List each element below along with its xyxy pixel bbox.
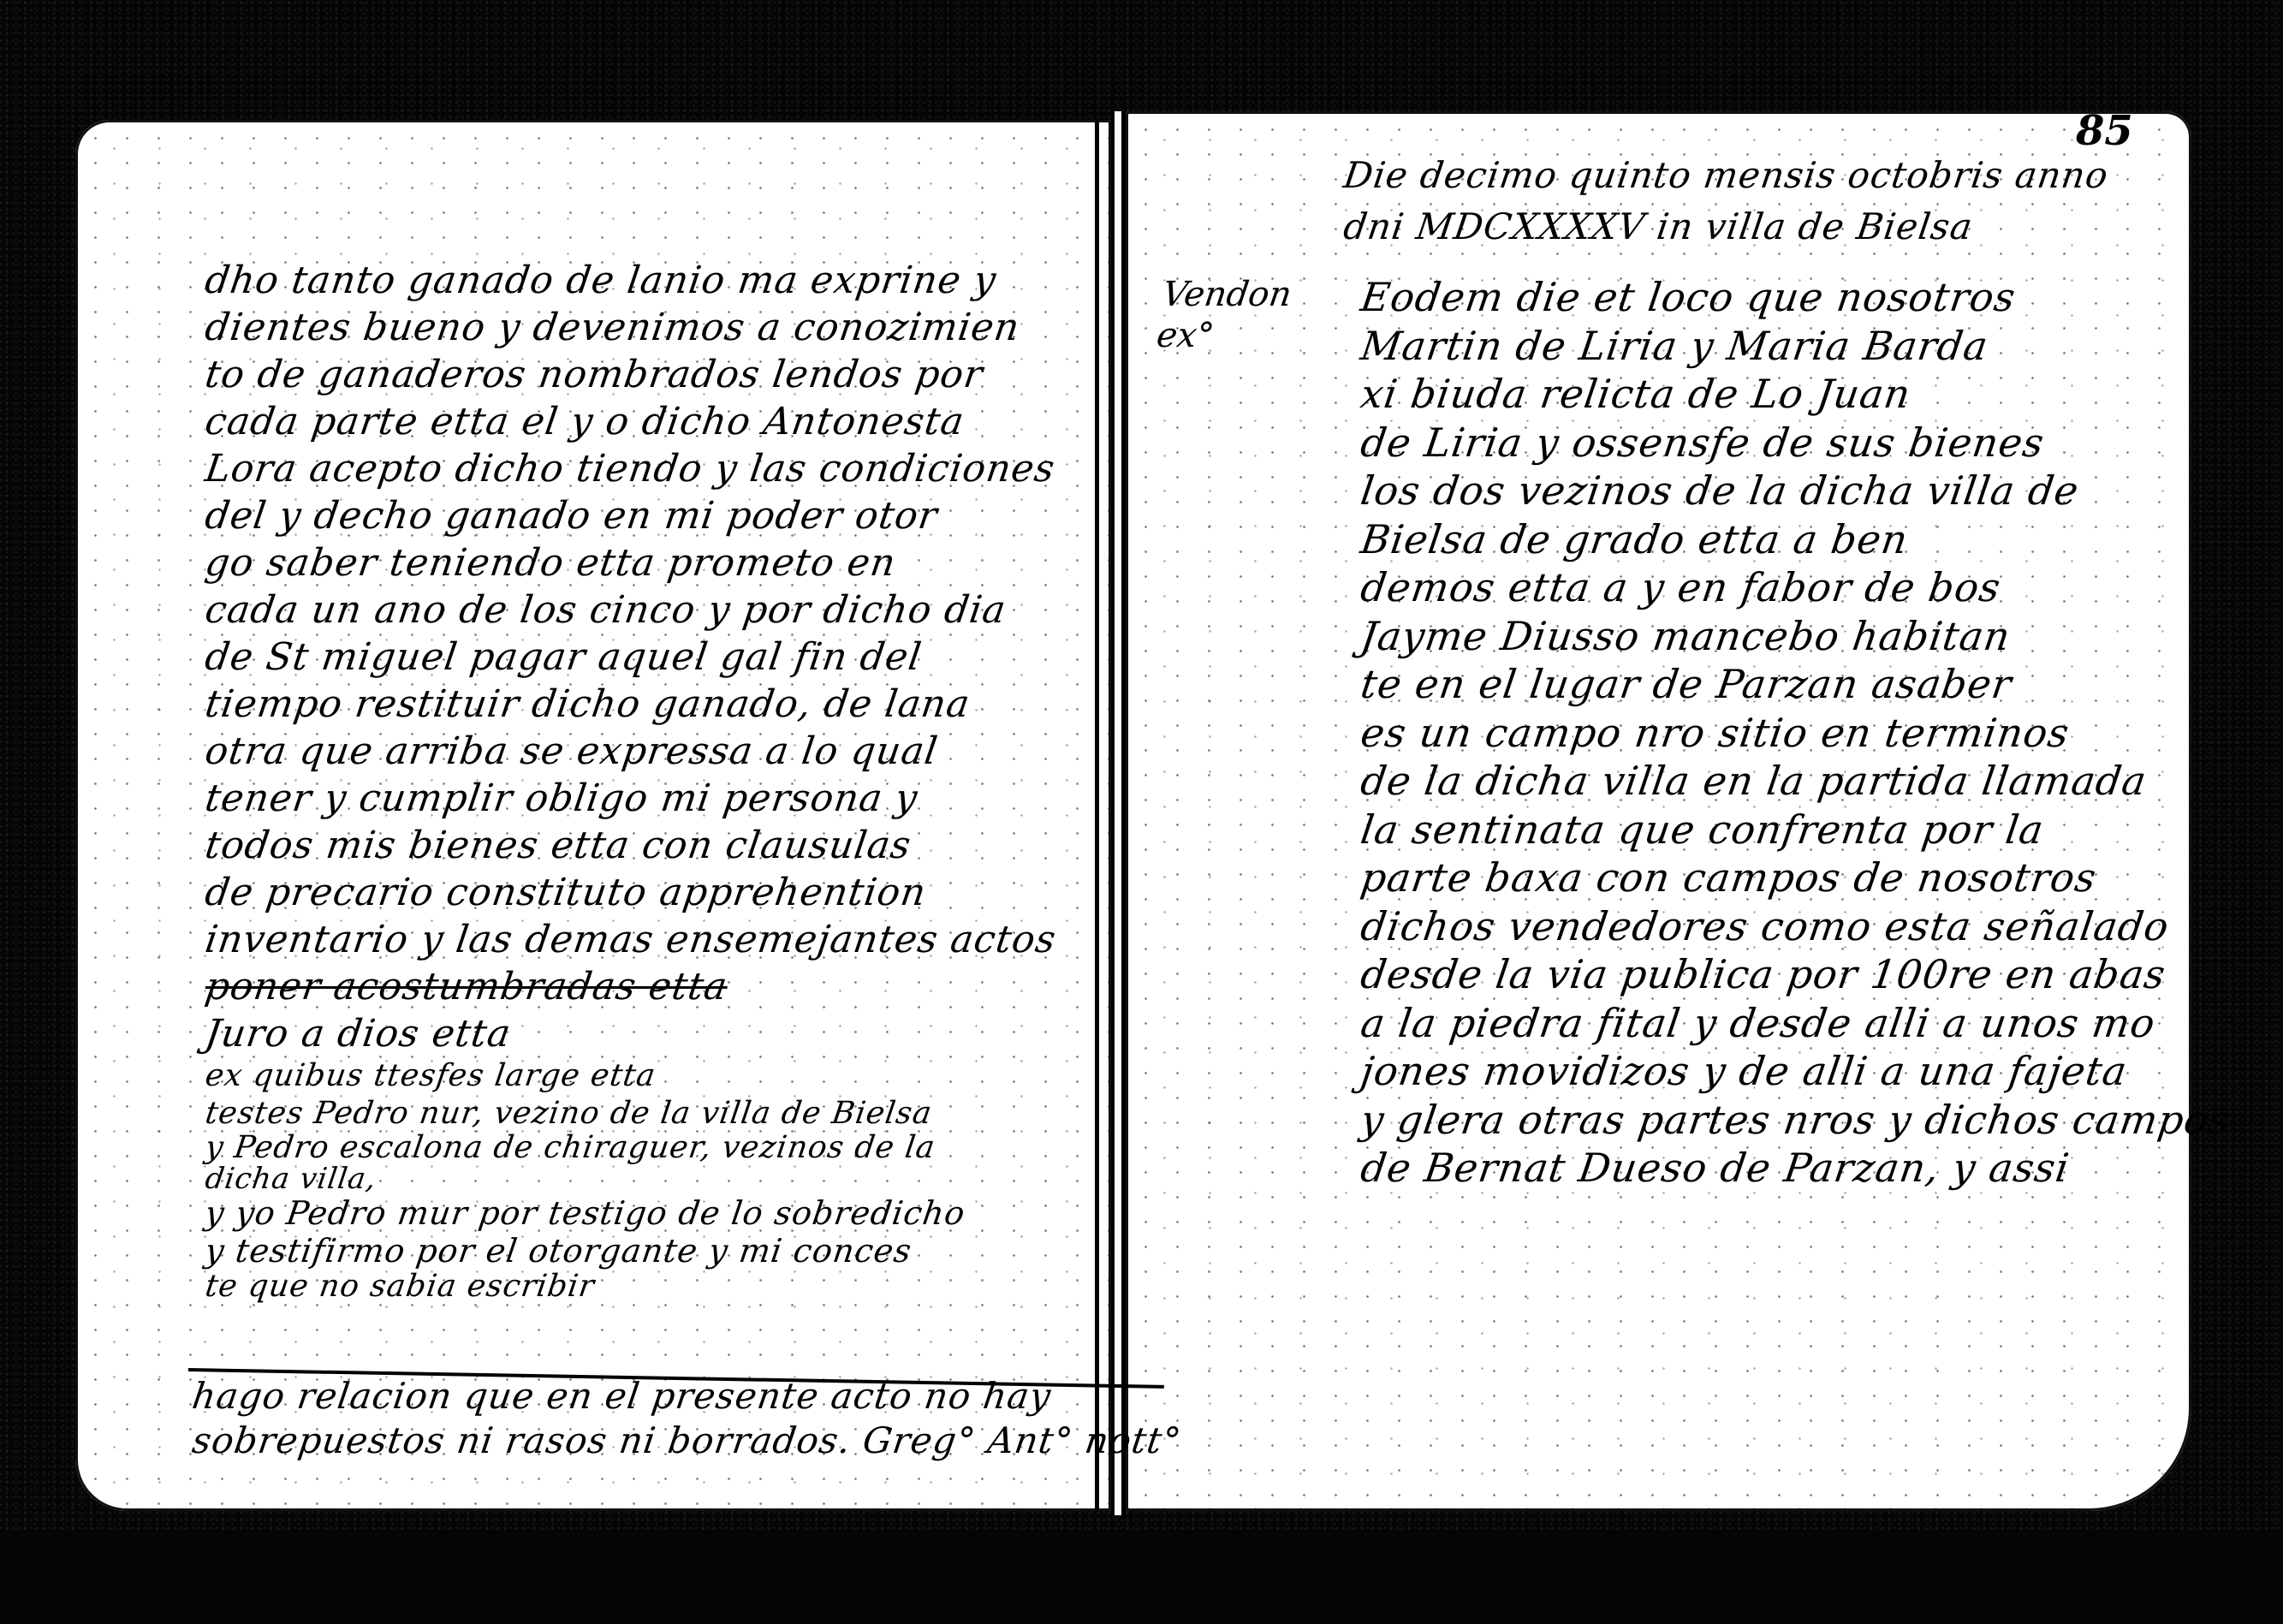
left-page-body: dho tanto ganado de lanio ma exprine y d…: [205, 257, 1055, 1304]
manuscript-line: de St miguel pagar aquel gal fin del: [202, 634, 1059, 681]
scan-bottom-edge: [0, 1530, 2283, 1624]
manuscript-line: dientes bueno y devenimos a conozimien: [202, 304, 1059, 351]
manuscript-line: Juro a dios etta: [202, 1010, 1059, 1057]
manuscript-line: xi biuda relicta de Lo Juan: [1358, 371, 2233, 419]
manuscript-line: es un campo nro sitio en terminos: [1358, 710, 2233, 758]
manuscript-line: inventario y las demas ensemejantes acto…: [202, 916, 1059, 963]
margin-note-line: ex°: [1154, 315, 1288, 356]
manuscript-line: desde la via publica por 100re en abas: [1358, 951, 2233, 1000]
manuscript-line: Jayme Diusso mancebo habitan: [1358, 613, 2233, 662]
manuscript-line: ex quibus ttesfes large etta: [203, 1057, 1059, 1095]
witness-line: y Pedro escalona de chiraguer, vezinos d…: [203, 1133, 1058, 1163]
manuscript-line: tiempo restituir dicho ganado, de lana: [202, 681, 1059, 728]
manuscript-line: y glera otras partes nros y dichos campo…: [1358, 1097, 2233, 1145]
manuscript-line: del y decho ganado en mi poder otor: [202, 492, 1059, 539]
struck-manuscript-line: poner acostumbradas etta: [202, 963, 1059, 1010]
notary-attestation: hago relacion que en el presente acto no…: [193, 1374, 1181, 1463]
heading-line: dni MDCXXXXV in villa de Bielsa: [1341, 201, 2112, 253]
witness-line: y testifirmo por el otorgante y mi conce…: [203, 1232, 1059, 1270]
book-gutter: [1111, 111, 1126, 1515]
manuscript-line: otra que arriba se expressa a lo qual: [202, 728, 1059, 775]
manuscript-line: dichos vendedores como esta señalado: [1358, 903, 2233, 952]
manuscript-line: go saber teniendo etta prometo en: [202, 539, 1059, 586]
manuscript-line: los dos vezinos de la dicha villa de: [1358, 467, 2233, 516]
manuscript-line: jones movidizos y de alli a una fajeta: [1358, 1048, 2233, 1097]
page-edge-rule: [1095, 120, 1099, 1511]
manuscript-line: te en el lugar de Parzan asaber: [1358, 661, 2233, 710]
manuscript-line: demos etta a y en fabor de bos: [1358, 564, 2233, 613]
manuscript-line: tener y cumplir obligo mi persona y: [202, 775, 1059, 822]
attestation-line: sobrepuestos ni rasos ni borrados. Greg°…: [189, 1419, 1184, 1463]
manuscript-line: to de ganaderos nombrados lendos por: [202, 351, 1059, 398]
margin-annotation: Vendon ex°: [1154, 274, 1294, 356]
manuscript-line: Eodem die et loco que nosotros: [1358, 274, 2233, 323]
manuscript-line: dho tanto ganado de lanio ma exprine y: [202, 257, 1059, 304]
attestation-line: hago relacion que en el presente acto no…: [189, 1374, 1184, 1419]
witness-line: y yo Pedro mur por testigo de lo sobredi…: [203, 1194, 1059, 1232]
manuscript-line: cada un ano de los cinco y por dicho dia: [202, 586, 1059, 634]
witness-line: testes Pedro nur, vezino de la villa de …: [203, 1095, 1059, 1133]
manuscript-line: de la dicha villa en la partida llamada: [1358, 758, 2233, 806]
manuscript-line: Bielsa de grado etta a ben: [1358, 516, 2233, 565]
manuscript-line: de Liria y ossensfe de sus bienes: [1358, 419, 2233, 468]
manuscript-line: Lora acepto dicho tiendo y las condicion…: [202, 445, 1059, 492]
right-page-body: Eodem die et loco que nosotros Martin de…: [1361, 274, 2230, 1193]
witness-line: te que no sabia escribir: [203, 1270, 1058, 1304]
manuscript-line: parte baxa con campos de nosotros: [1358, 854, 2233, 903]
manuscript-line: todos mis bienes etta con clausulas: [202, 822, 1059, 869]
manuscript-line: Martin de Liria y Maria Barda: [1358, 323, 2233, 372]
witness-line: dicha villa,: [203, 1163, 1058, 1194]
manuscript-line: de precario constituto apprehention: [202, 869, 1059, 916]
date-heading: Die decimo quinto mensis octobris anno d…: [1344, 150, 2108, 253]
manuscript-line: a la piedra fital y desde alli a unos mo: [1358, 1000, 2233, 1049]
manuscript-line: la sentinata que confrenta por la: [1358, 806, 2233, 855]
heading-line: Die decimo quinto mensis octobris anno: [1341, 150, 2112, 201]
margin-note-line: Vendon: [1160, 274, 1294, 315]
folio-number: 85: [2076, 107, 2133, 155]
manuscript-line: cada parte etta el y o dicho Antonesta: [202, 398, 1059, 445]
manuscript-line: de Bernat Dueso de Parzan, y assi: [1358, 1145, 2233, 1193]
